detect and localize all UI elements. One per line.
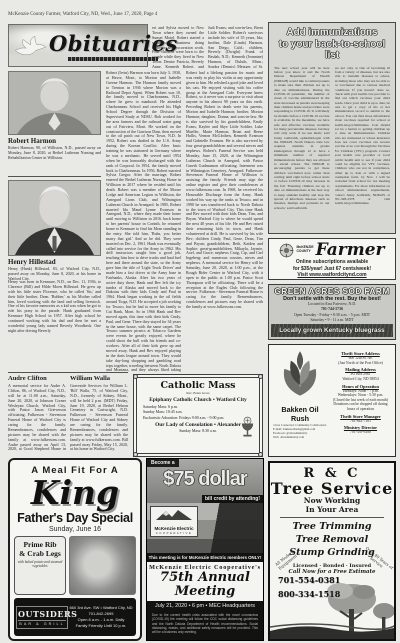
- fathers-day-special: Father's Day Special: [14, 511, 136, 525]
- menu-item: & Crab Legs: [17, 549, 63, 558]
- ministry-website: Web: oilrushministry.com: [273, 435, 327, 439]
- harmon-obit-text-continued: Judi Evans; and son-in-law, Brent Little…: [208, 26, 263, 68]
- ad-header-photo: Become a $75 dollar bill credit by atten…: [147, 459, 263, 503]
- mckenzie-electric-meeting-ad: Become a $75 dollar bill credit by atten…: [146, 458, 264, 641]
- immunization-article: Add immunizations to your back-to-school…: [268, 22, 396, 234]
- bill-credit-label: bill credit by attending!: [202, 495, 263, 503]
- annual-meeting-title: 75th Annual Meeting: [147, 571, 263, 598]
- ministry-name: Bakken Oil Rush: [273, 405, 327, 423]
- farmer-masthead: Farmer: [316, 242, 385, 259]
- tree-service-ad: R & C Tree Service Now Working In Your A…: [268, 461, 396, 641]
- divider: [280, 517, 384, 518]
- farmer-subscription-ad: McKENZIE COUNTY Farmer Online subscripti…: [268, 238, 396, 280]
- clifton-obit-text: A memorial service for Audre A. Clifton,…: [8, 384, 66, 452]
- bluegrass-banner: Locally grown Kentucky bluegrass: [271, 324, 393, 337]
- thrift-store-address-note: (Just North of the Post Office): [330, 361, 391, 366]
- mass-church-name: Epiphany Catholic Church • Watford City: [140, 397, 256, 403]
- hillestad-obit-text: In 1968, he received his Honorable Disch…: [186, 187, 263, 309]
- mass-priest: Rev. Brian Gross: [140, 391, 256, 395]
- director-phone: 701-339-6188: [330, 430, 391, 435]
- mec-logo: McKenzie Electric COOPERATIVE: [150, 506, 198, 537]
- catholic-mass-ad: Catholic Mass Rev. Brian Gross Epiphany …: [133, 374, 263, 457]
- mass-schedule-line: Sunday Mass: 10:45 a.m.: [143, 410, 256, 414]
- ad-subtitle: In Your Area: [270, 506, 394, 515]
- corner-ornament: [258, 374, 263, 379]
- henry-hillestad-photo: [8, 180, 101, 256]
- service-item: Tree Removal: [270, 534, 394, 547]
- manager-phone: 701-842-7181: [330, 419, 391, 424]
- obituary-photo-column: Robert Harmon Robert Harmon, 90, of Will…: [8, 71, 101, 372]
- restaurant-name: OUTSIDERS: [18, 609, 66, 619]
- restaurant-subname: BAR & GRILL: [18, 620, 66, 626]
- obituary-text-column: Robert had a lifelong passion for music …: [186, 71, 263, 372]
- article-text-column: are not only at risk of becoming ill fro…: [335, 66, 391, 234]
- tree-service-phone: 701-554-0381: [278, 575, 340, 585]
- mass-schedule-line: Saturday Mass: 6 p.m.: [143, 405, 256, 409]
- headquarters-building-photo: McKenzie Electric COOPERATIVE: [147, 503, 263, 553]
- 75-dollar-headline: $75 dollar: [147, 468, 263, 491]
- coop-subname: COOPERATIVE: [152, 531, 196, 535]
- become-a-label: Become a: [147, 459, 179, 467]
- obituary-heading: William Walla: [70, 375, 128, 382]
- menu-sides: with baked potato and steamed vegetables: [17, 560, 63, 568]
- banner-ornament: [68, 57, 158, 61]
- farmer-emblem-icon: [279, 243, 294, 258]
- walla-obit-text: Graveside Services for William L. 'Bill'…: [70, 384, 128, 452]
- obituary-divider: [8, 176, 101, 177]
- tree-icon: [270, 577, 396, 639]
- free-estimate-line: Call Now for a Free Estimate: [270, 569, 394, 575]
- restaurant-note: Family Friendly Until 10 p.m.: [68, 623, 134, 629]
- harmon-obit-text-continued: ert and Sylvia moved to New Town where t…: [152, 26, 204, 68]
- special-date: Sunday, June 16: [14, 526, 136, 533]
- outsiders-fathers-day-ad: A Meal Fit For A King Father's Day Speci…: [8, 458, 142, 641]
- corner-ornament: [133, 452, 138, 457]
- mailing-address: Watford City, ND 58854: [330, 377, 391, 382]
- clifton-obituary: Audre Clifton A memorial service for Aud…: [8, 375, 66, 455]
- newspaper-page: McKenzie County Farmer, Watford City, ND…: [0, 0, 400, 643]
- harmon-obit-text: Robert (Irvin) Harmon was born July 3, 1…: [106, 71, 181, 221]
- chalice-icon: [239, 415, 256, 439]
- walla-obituary: William Walla Graveside Services for Wil…: [70, 375, 128, 455]
- obituaries-banner: Obituaries: [8, 24, 148, 67]
- members-only-line: This meeting is for McKenzie Electric me…: [147, 553, 263, 562]
- ad-headline-king: King: [14, 476, 136, 509]
- hillestad-obit-text: Henry was born in Kenmare, N.D., on Dec.…: [8, 280, 101, 372]
- harmon-obit-text: Robert had a lifelong passion for music …: [186, 71, 263, 192]
- section-divider: [8, 372, 128, 373]
- green-acres-sod-ad: GREEN ACRES SOD FARM Don't settle with t…: [268, 284, 396, 340]
- masthead-county: COUNTY: [296, 250, 313, 254]
- article-text-column: The new school year will be here before …: [274, 66, 330, 234]
- prime-rib-photo: [69, 536, 136, 595]
- article-title-line2: to your back-to-school list: [277, 39, 386, 62]
- mass-title: Catholic Mass: [140, 380, 256, 391]
- company-name: Tree Service: [270, 481, 394, 497]
- dove-icon: [11, 31, 49, 61]
- sod-hours: Saturday • 9 - 11 a.m. MDT: [269, 318, 395, 323]
- menu-card: Prime Rib & Crab Legs with baked potato …: [14, 536, 66, 595]
- obituary-text-column: Robert (Irvin) Harmon was born July 3, 1…: [106, 71, 181, 372]
- harmon-obit-intro: Robert Harmon, 90, of Williston, N.D., p…: [8, 146, 101, 173]
- sod-farm-title: GREEN ACRES SOD FARM: [269, 286, 395, 296]
- outsiders-logo: OUTSIDERS BAR & GRILL: [16, 606, 68, 629]
- hillestad-obit-text: back home to her parents' house in Corin…: [106, 216, 181, 372]
- corner-ornament: [258, 452, 263, 457]
- meeting-fine-print: Due to the current health crisis associa…: [147, 611, 263, 640]
- service-item: Tree Trimming: [270, 521, 394, 534]
- robert-harmon-photo: [8, 71, 101, 135]
- subscription-url: Visit www.watfordcitynd.com: [273, 272, 391, 279]
- menu-item: Prime Rib: [17, 540, 63, 549]
- meeting-datetime: July 21, 2020 • 6 pm • MEC Headquarters: [147, 601, 263, 611]
- tree-service-phone: 800-334-1518: [278, 589, 340, 599]
- obituary-photo-caption: Robert Harmon: [8, 137, 101, 145]
- bakken-oil-rush-ad: Bakken Oil Rush Lives Connected. Communi…: [268, 344, 396, 457]
- corner-ornament: [133, 374, 138, 379]
- mountain-logo-icon: [154, 508, 194, 521]
- obituary-photo-caption: Henry Hillestad: [8, 258, 101, 266]
- obituary-heading: Audre Clifton: [8, 375, 66, 382]
- leaf-logo-icon: [275, 349, 325, 399]
- page-header: McKenzie County Farmer, Watford City, ND…: [8, 12, 308, 17]
- hillestad-obit-intro: Henry (Hank) Hillestad, 83, of Watford C…: [8, 267, 101, 280]
- donations-note: Donations can be dropped off during hour…: [330, 402, 391, 411]
